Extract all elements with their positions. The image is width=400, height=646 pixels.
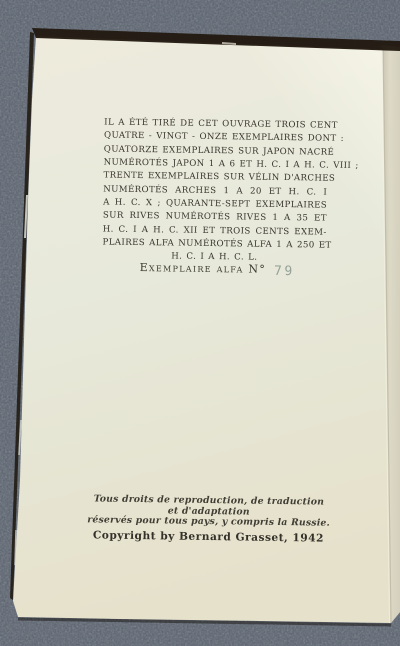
copy-number-label: Exemplaire alfa N° (140, 261, 267, 276)
justification-block: IL A ÉTÉ TIRÉ DE CET OUVRAGE TROIS CENT … (102, 117, 328, 267)
rights-line: réservés pour tous pays, y compris la Ru… (63, 515, 355, 530)
book-photo: IL A ÉTÉ TIRÉ DE CET OUVRAGE TROIS CENT … (0, 0, 400, 646)
printed-text-layer: IL A ÉTÉ TIRÉ DE CET OUVRAGE TROIS CENT … (0, 0, 400, 646)
copy-number-line: Exemplaire alfa N° 79 (102, 260, 332, 278)
imprint-block: Tous droits de reproduction, de traducti… (62, 494, 355, 545)
copy-number-stamp: 79 (274, 264, 295, 279)
copyright-line: Copyright by Bernard Grasset, 1942 (62, 529, 354, 545)
